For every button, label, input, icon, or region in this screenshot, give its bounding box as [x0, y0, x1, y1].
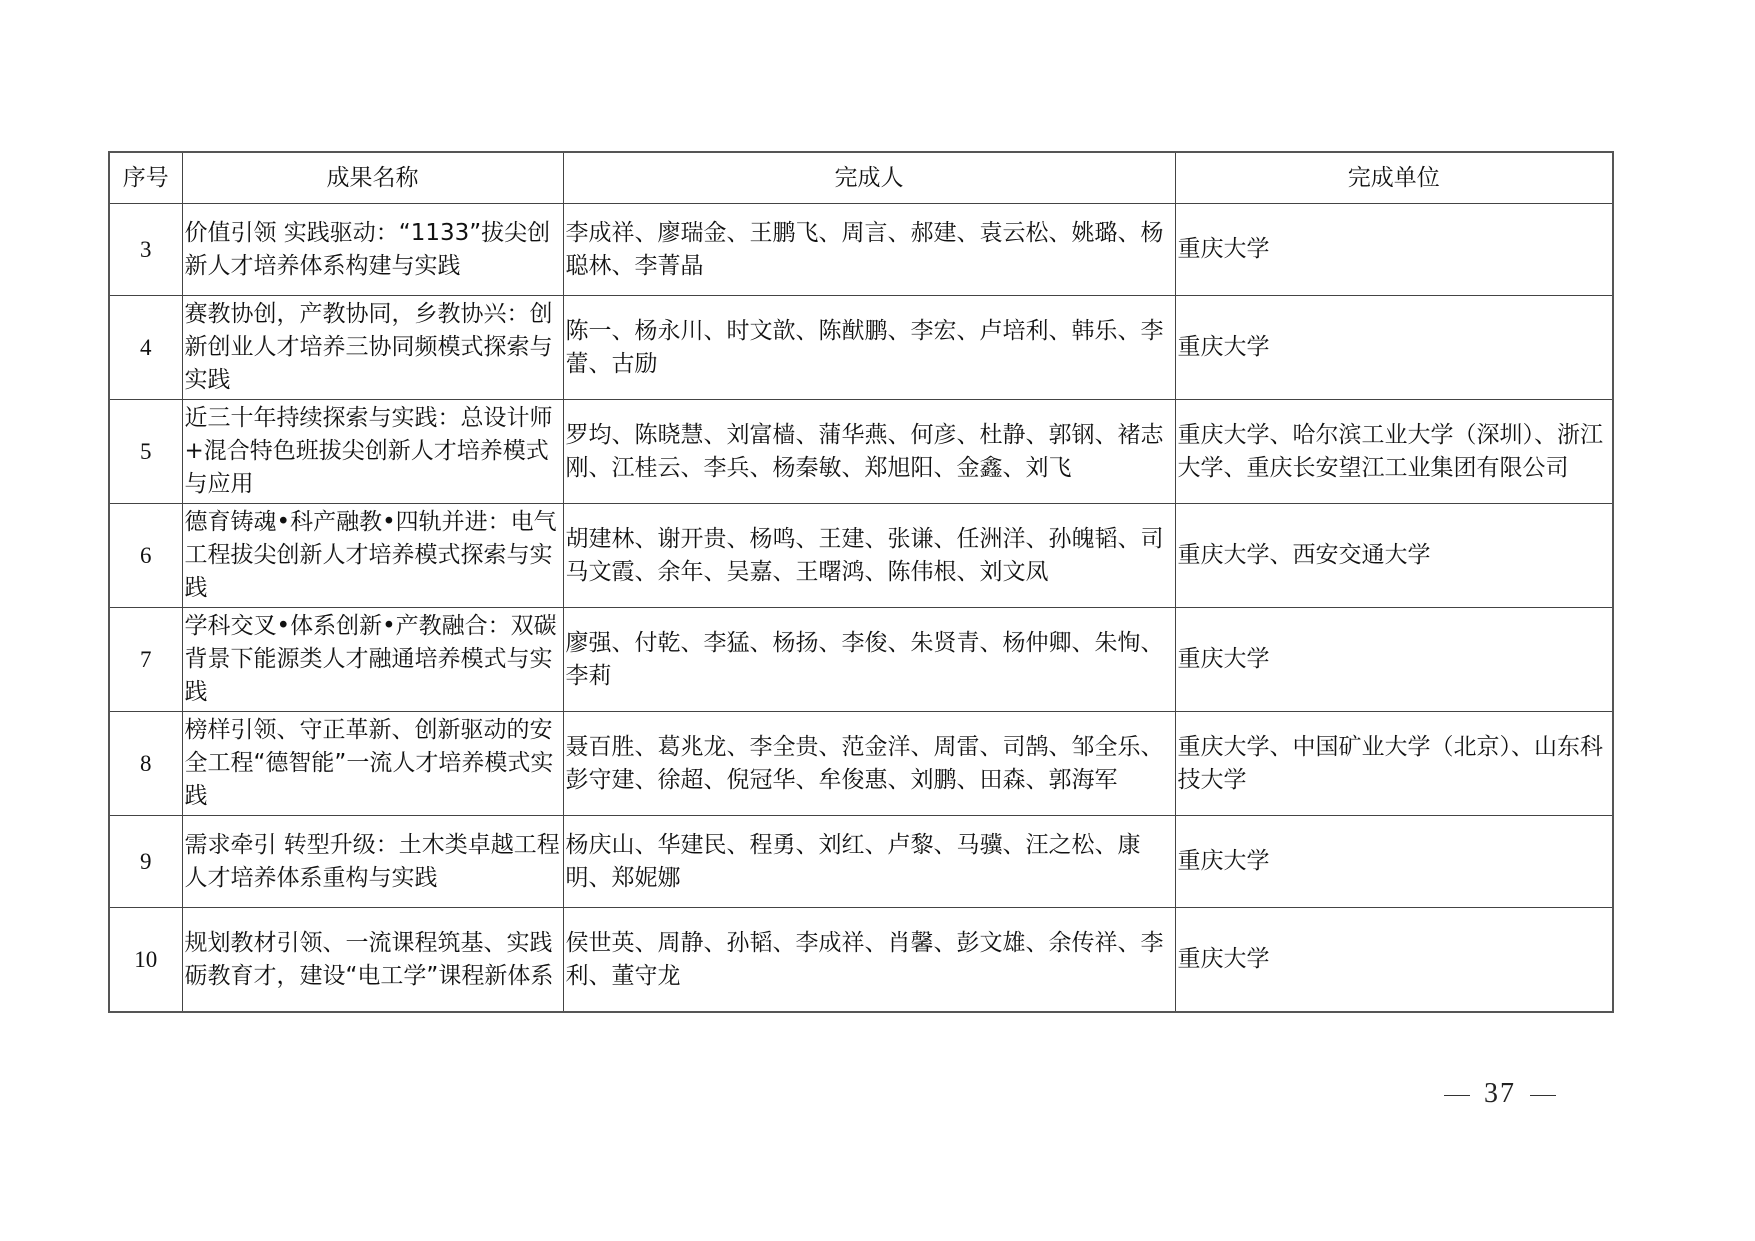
header-units: 完成单位	[1175, 152, 1613, 204]
row-units: 重庆大学、西安交通大学	[1175, 504, 1613, 608]
row-no: 4	[109, 296, 182, 400]
row-units: 重庆大学	[1175, 608, 1613, 712]
row-persons: 廖强、付乾、李猛、杨扬、李俊、朱贤青、杨仲卿、朱恂、李莉	[563, 608, 1175, 712]
row-no: 9	[109, 816, 182, 908]
row-name: 榜样引领、守正革新、创新驱动的安全工程“德智能”一流人才培养模式实践	[182, 712, 563, 816]
row-name: 学科交叉•体系创新•产教融合：双碳背景下能源类人才融通培养模式与实践	[182, 608, 563, 712]
row-units: 重庆大学	[1175, 204, 1613, 296]
dash-left	[1444, 1095, 1470, 1096]
row-units: 重庆大学、中国矿业大学（北京）、山东科技大学	[1175, 712, 1613, 816]
dash-right	[1530, 1095, 1556, 1096]
table-row: 4 赛教协创，产教协同，乡教协兴：创新创业人才培养三协同频模式探索与实践 陈一、…	[109, 296, 1613, 400]
table-row: 5 近三十年持续探索与实践：总设计师+混合特色班拔尖创新人才培养模式与应用 罗均…	[109, 400, 1613, 504]
row-no: 6	[109, 504, 182, 608]
row-units: 重庆大学	[1175, 296, 1613, 400]
row-persons: 侯世英、周静、孙韬、李成祥、肖馨、彭文雄、余传祥、李利、董守龙	[563, 908, 1175, 1013]
header-no: 序号	[109, 152, 182, 204]
header-persons: 完成人	[563, 152, 1175, 204]
header-name: 成果名称	[182, 152, 563, 204]
row-units: 重庆大学、哈尔滨工业大学（深圳）、浙江大学、重庆长安望江工业集团有限公司	[1175, 400, 1613, 504]
row-no: 10	[109, 908, 182, 1013]
row-name: 规划教材引领、一流课程筑基、实践砺教育才，建设“电工学”课程新体系	[182, 908, 563, 1013]
row-persons: 陈一、杨永川、时文歆、陈猷鹏、李宏、卢培利、韩乐、李蕾、古励	[563, 296, 1175, 400]
awards-table: 序号 成果名称 完成人 完成单位 3 价值引领 实践驱动：“1133”拔尖创新人…	[108, 151, 1614, 1013]
row-name: 德育铸魂•科产融教•四轨并进：电气工程拔尖创新人才培养模式探索与实践	[182, 504, 563, 608]
page-number: 37	[1430, 1078, 1570, 1110]
row-no: 7	[109, 608, 182, 712]
row-units: 重庆大学	[1175, 816, 1613, 908]
row-no: 8	[109, 712, 182, 816]
row-units: 重庆大学	[1175, 908, 1613, 1013]
table-row: 8 榜样引领、守正革新、创新驱动的安全工程“德智能”一流人才培养模式实践 聂百胜…	[109, 712, 1613, 816]
table-row: 3 价值引领 实践驱动：“1133”拔尖创新人才培养体系构建与实践 李成祥、廖瑞…	[109, 204, 1613, 296]
row-persons: 杨庆山、华建民、程勇、刘红、卢黎、马骥、汪之松、康明、郑妮娜	[563, 816, 1175, 908]
table-row: 10 规划教材引领、一流课程筑基、实践砺教育才，建设“电工学”课程新体系 侯世英…	[109, 908, 1613, 1013]
table-header-row: 序号 成果名称 完成人 完成单位	[109, 152, 1613, 204]
row-persons: 罗均、陈晓慧、刘富樯、蒲华燕、何彦、杜静、郭钢、褚志刚、江桂云、李兵、杨秦敏、郑…	[563, 400, 1175, 504]
table-row: 9 需求牵引 转型升级：土木类卓越工程人才培养体系重构与实践 杨庆山、华建民、程…	[109, 816, 1613, 908]
row-no: 3	[109, 204, 182, 296]
row-persons: 李成祥、廖瑞金、王鹏飞、周言、郝建、袁云松、姚璐、杨聪林、李菁晶	[563, 204, 1175, 296]
row-name: 价值引领 实践驱动：“1133”拔尖创新人才培养体系构建与实践	[182, 204, 563, 296]
table-row: 6 德育铸魂•科产融教•四轨并进：电气工程拔尖创新人才培养模式探索与实践 胡建林…	[109, 504, 1613, 608]
row-name: 近三十年持续探索与实践：总设计师+混合特色班拔尖创新人才培养模式与应用	[182, 400, 563, 504]
row-persons: 胡建林、谢开贵、杨鸣、王建、张谦、任洲洋、孙魄韬、司马文霞、余年、吴嘉、王曙鸿、…	[563, 504, 1175, 608]
table-row: 7 学科交叉•体系创新•产教融合：双碳背景下能源类人才融通培养模式与实践 廖强、…	[109, 608, 1613, 712]
row-persons: 聂百胜、葛兆龙、李全贵、范金洋、周雷、司鹄、邹全乐、彭守建、徐超、倪冠华、牟俊惠…	[563, 712, 1175, 816]
row-name: 赛教协创，产教协同，乡教协兴：创新创业人才培养三协同频模式探索与实践	[182, 296, 563, 400]
row-name: 需求牵引 转型升级：土木类卓越工程人才培养体系重构与实践	[182, 816, 563, 908]
document-page: 序号 成果名称 完成人 完成单位 3 价值引领 实践驱动：“1133”拔尖创新人…	[0, 0, 1755, 1241]
row-no: 5	[109, 400, 182, 504]
page-number-value: 37	[1484, 1078, 1516, 1109]
